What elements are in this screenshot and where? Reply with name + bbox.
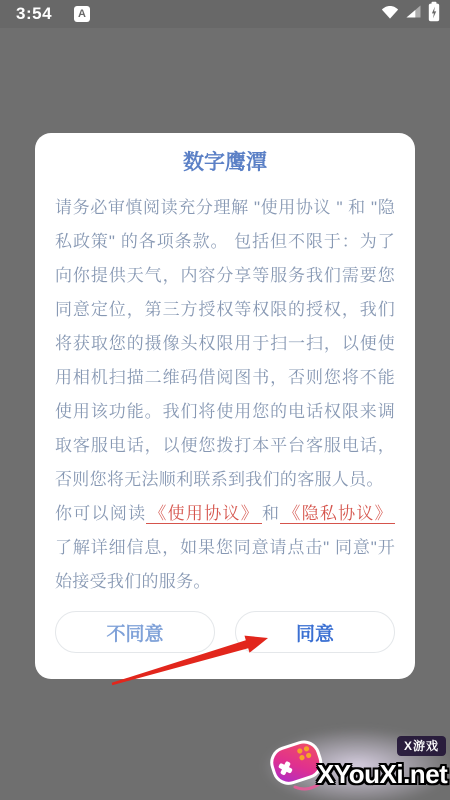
status-bar-right-icons (381, 1, 440, 27)
site-watermark: X游戏 XYouXi.net (265, 736, 450, 798)
status-bar: 3:54 A (0, 0, 450, 28)
dialog-button-row: 不同意 同意 (55, 611, 395, 653)
agreement-paragraph-2: 你可以阅读《使用协议》和《隐私协议》了解详细信息，如果您同意请点击" 同意"开始… (55, 497, 395, 599)
battery-charging-icon (428, 1, 440, 27)
screen: { "status_bar": { "time": "3:54", "app_i… (0, 0, 450, 800)
agreement-text: 请务必审慎阅读充分理解 "使用协议 " 和 "隐私政策" 的各项条款。 包括但不… (55, 191, 395, 599)
dialog-title: 数字鹰潭 (55, 148, 395, 178)
p2-prefix: 你可以阅读 (55, 504, 146, 523)
p2-and: 和 (262, 504, 280, 523)
privacy-policy-link[interactable]: 《隐私协议》 (280, 504, 395, 524)
watermark-badge: X游戏 (397, 736, 446, 756)
watermark-site-name: XYouXi.net (317, 759, 447, 790)
terms-of-use-link[interactable]: 《使用协议》 (146, 504, 262, 524)
privacy-consent-dialog: 数字鹰潭 请务必审慎阅读充分理解 "使用协议 " 和 "隐私政策" 的各项条款。… (35, 133, 415, 679)
clock: 3:54 (16, 4, 52, 24)
p2-suffix: 了解详细信息，如果您同意请点击" 同意"开始接受我们的服务。 (55, 538, 395, 591)
wifi-icon (381, 5, 399, 24)
disagree-button[interactable]: 不同意 (55, 611, 215, 653)
cellular-signal-icon (406, 5, 421, 23)
agreement-paragraph-1: 请务必审慎阅读充分理解 "使用协议 " 和 "隐私政策" 的各项条款。 包括但不… (55, 191, 395, 497)
agree-button[interactable]: 同意 (235, 611, 395, 653)
notification-app-icon: A (74, 6, 90, 22)
